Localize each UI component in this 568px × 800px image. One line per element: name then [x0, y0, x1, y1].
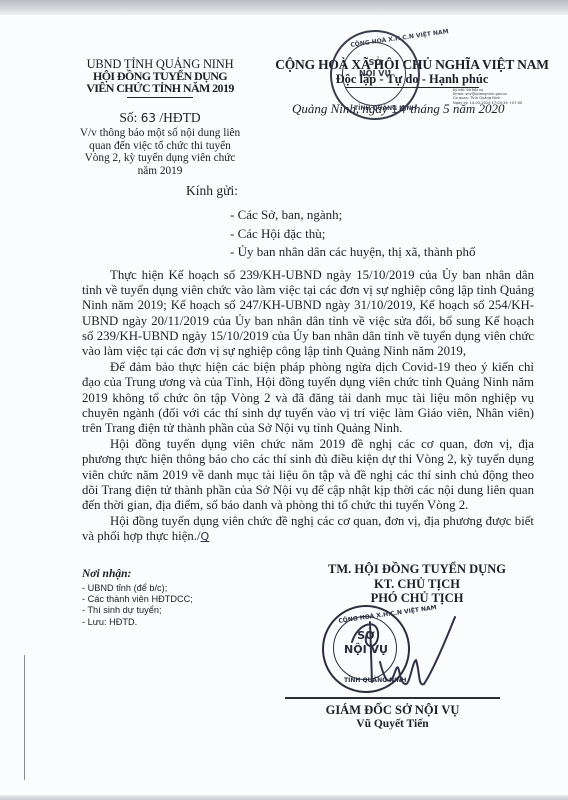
cc-item: - Lưu: HĐTD. [82, 617, 193, 628]
subject-line: Vòng 2, kỳ tuyển dụng viên chức [60, 152, 260, 165]
recipient-item: - Các Hội đặc thù; [230, 225, 475, 244]
document-subject: V/v thông báo một số nội dung liên quan … [60, 127, 260, 177]
scan-edge-bottom [0, 795, 568, 800]
initial-mark: Q [201, 530, 210, 543]
document-number-label: Số: [119, 110, 137, 125]
subject-line: quan đến việc tổ chức thi tuyển [60, 140, 260, 153]
seal-center-line1: SỞ [332, 58, 418, 67]
document-body: Thực hiện Kế hoạch số 239/KH-UBND ngày 1… [82, 268, 534, 546]
recipient-item: - Các Sở, ban, ngành; [230, 206, 475, 225]
signature-block-header: TM. HỘI ĐỒNG TUYỂN DỤNG KT. CHỦ TỊCH PHÓ… [310, 562, 524, 606]
signature-line3: PHÓ CHỦ TỊCH [310, 591, 524, 606]
greeting-label: Kính gửi: [186, 183, 238, 199]
subject-line: năm 2019 [60, 165, 260, 178]
cc-item: - Các thành viên HĐTDCC; [82, 594, 193, 605]
seal-bottom-text: TỈNH QUẢNG NINH [354, 105, 416, 112]
subject-line: V/v thông báo một số nội dung liên [60, 127, 260, 140]
document-number-value: 63 [141, 111, 156, 125]
cc-item: - UBND tỉnh (để b/c); [82, 583, 193, 594]
signature-line2: KT. CHỦ TỊCH [310, 577, 524, 592]
cc-title: Nơi nhận: [82, 568, 131, 580]
seal-ring-text: CỘNG HOÀ X.H.C.N VIỆT NAM [350, 28, 449, 49]
digital-signature-info: Ký bởi: Sở Nội vụ Email: snv@quangninh.g… [453, 88, 522, 105]
document-number-suffix: /HĐTD [159, 110, 200, 125]
closing-text: Hội đồng tuyển dụng viên chức đề nghị cá… [82, 514, 534, 543]
signature-rule [285, 697, 500, 699]
official-seal-icon: CỘNG HOÀ X.H.C.N VIỆT NAM TỈNH QUẢNG NIN… [330, 30, 420, 120]
handwritten-signature-icon [350, 612, 460, 692]
body-paragraph-closing: Hội đồng tuyển dụng viên chức đề nghị cá… [82, 514, 534, 544]
cc-list: - UBND tỉnh (để b/c); - Các thành viên H… [82, 583, 193, 628]
recipient-list: - Các Sở, ban, ngành; - Các Hội đặc thù;… [230, 206, 475, 262]
header-left-underline [127, 97, 193, 98]
scan-edge-top [0, 0, 568, 15]
document-number: Số: 63 /HĐTD [60, 110, 260, 126]
signer-title: GIÁM ĐỐC SỞ NỘI VỤ [285, 703, 500, 717]
body-paragraph: Để đảm bảo thực hiện các biện pháp phòng… [82, 360, 534, 436]
recipient-item: - Ủy ban nhân dân các huyện, thị xã, thà… [230, 243, 475, 262]
cc-item: - Thí sinh dự tuyển; [82, 605, 193, 616]
esign-line: Ngày ký: 14-05-2020 17:05:34 +07:00 [453, 101, 522, 105]
issuing-authority: UBND TỈNH QUẢNG NINH HỘI ĐỒNG TUYỂN DỤNG… [60, 58, 260, 98]
seal-center-line2: NỘI VỤ [332, 69, 418, 78]
body-paragraph: Hội đồng tuyển dụng viên chức năm 2019 đ… [82, 437, 534, 513]
scan-margin-line [24, 655, 25, 780]
organization-name-line2: VIÊN CHỨC TỈNH NĂM 2019 [60, 82, 260, 94]
signer-name: Vũ Quyết Tiến [285, 717, 500, 731]
signature-line1: TM. HỘI ĐỒNG TUYỂN DỤNG [310, 562, 524, 577]
body-paragraph: Thực hiện Kế hoạch số 239/KH-UBND ngày 1… [82, 268, 534, 359]
